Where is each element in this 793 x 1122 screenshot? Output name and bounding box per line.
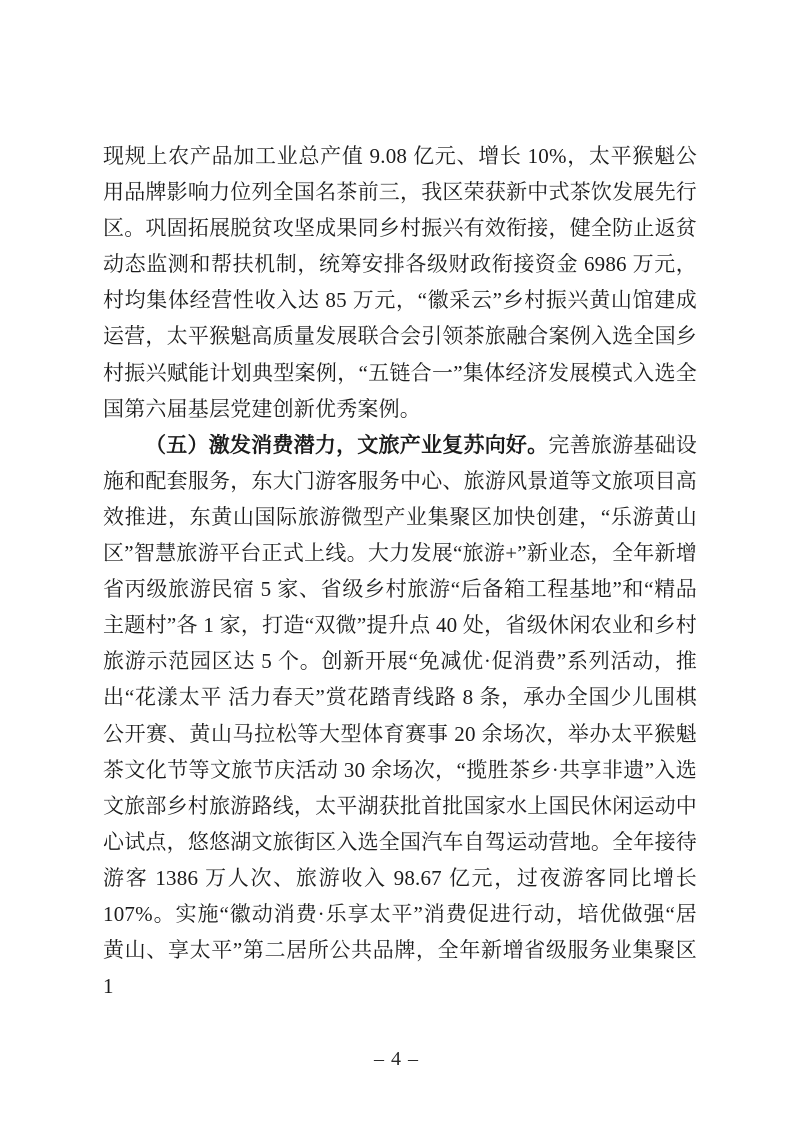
section-heading: （五）激发消费潜力，文旅产业复苏向好。 [145,433,548,457]
page-number: – 4 – [374,1048,419,1070]
page-footer: – 4 – [0,1048,793,1071]
paragraph-section-5: （五）激发消费潜力，文旅产业复苏向好。完善旅游基础设施和配套服务，东大门游客服务… [103,427,697,1005]
document-page: 现规上农产品加工业总产值 9.08 亿元、增长 10%，太平猴魁公用品牌影响力位… [0,0,793,1122]
document-body: 现规上农产品加工业总产值 9.08 亿元、增长 10%，太平猴魁公用品牌影响力位… [103,138,697,1004]
paragraph-continuation: 现规上农产品加工业总产值 9.08 亿元、增长 10%，太平猴魁公用品牌影响力位… [103,138,697,427]
section-body-text: 完善旅游基础设施和配套服务，东大门游客服务中心、旅游风景道等文旅项目高效推进，东… [103,433,697,998]
